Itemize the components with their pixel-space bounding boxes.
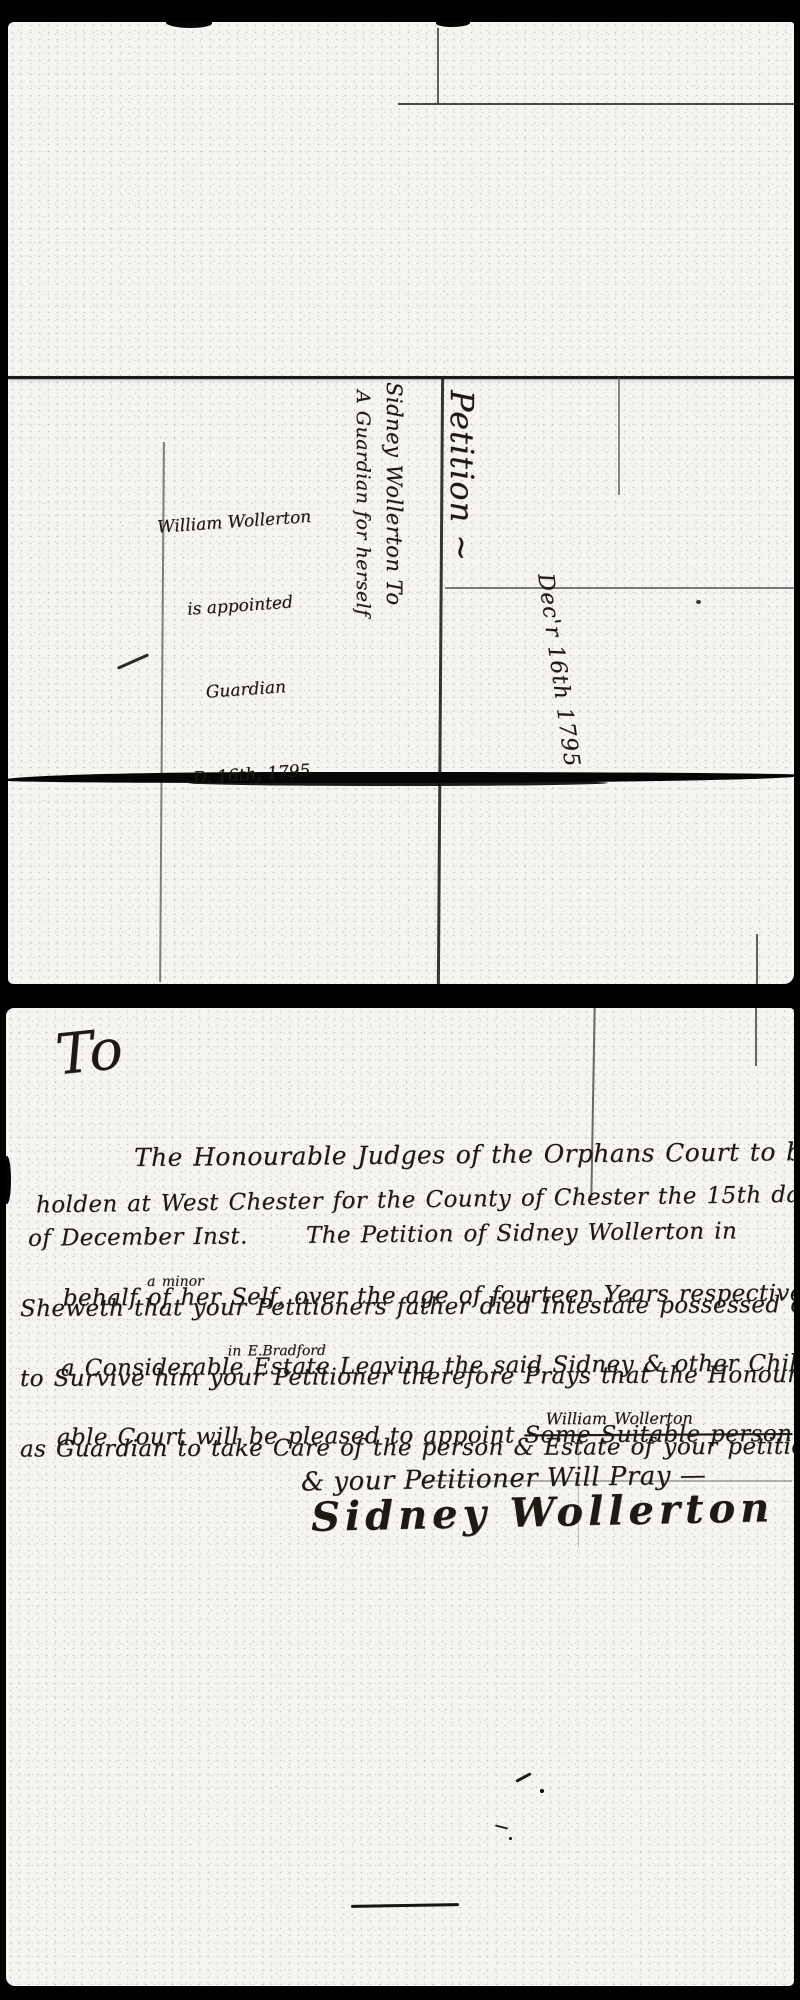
petition-line-9: as Guardian to take Care of the person &… bbox=[20, 1435, 794, 1462]
line-6-interlinear-note: in E.Bradford bbox=[228, 1344, 326, 1359]
docket-party-line-1: Sidney Wollerton To bbox=[383, 382, 405, 606]
annotation-line-date: D. 16th, 1795 bbox=[161, 754, 343, 795]
salutation: To bbox=[53, 1021, 125, 1086]
docket-party-line-2: A Guardian for herself bbox=[352, 390, 372, 617]
edge-blob-left bbox=[6, 1156, 11, 1204]
fold-crease-vertical-top bbox=[590, 1008, 595, 1198]
petition-line-2: holden at West Chester for the County of… bbox=[36, 1183, 794, 1218]
line-8-interlinear-name: William Wollerton bbox=[546, 1410, 693, 1428]
petition-line-7: to Survive him your Petitioner therefore… bbox=[20, 1363, 794, 1391]
fold-crease-horizontal-top bbox=[398, 103, 794, 105]
edge-tear-top-left bbox=[166, 22, 212, 28]
petitioner-signature: Sidney Wollerton bbox=[311, 1487, 775, 1539]
annotation-line-guardian-name: William Wollerton bbox=[143, 502, 325, 543]
edge-tear-top-center bbox=[436, 22, 470, 27]
fold-crease-horizontal-right bbox=[445, 587, 794, 589]
short-rule-bottom bbox=[351, 1903, 459, 1908]
fold-crease-vertical-right bbox=[618, 377, 620, 495]
line-4-interlinear-note: a minor bbox=[147, 1274, 204, 1289]
petition-line-5: Sheweth that your Petitioners father die… bbox=[20, 1293, 794, 1321]
ink-speck-2 bbox=[509, 1837, 512, 1840]
fold-crease-vertical-top-right bbox=[755, 1008, 757, 1066]
docket-title-petition: Petition ~ bbox=[444, 390, 478, 562]
docket-date-rotated: Dec'r 16th 1795 bbox=[533, 572, 583, 769]
pen-dash-mark bbox=[117, 653, 149, 670]
fold-shadow-streak bbox=[8, 772, 794, 783]
petition-line-1: The Honourable Judges of the Orphans Cou… bbox=[134, 1139, 794, 1171]
docket-annotation: William Wollerton is appointed Guardian … bbox=[140, 446, 347, 850]
ink-speck bbox=[696, 600, 701, 604]
petition-line-3: of December Inst. The Petition of Sidney… bbox=[28, 1219, 737, 1251]
ink-speck-1 bbox=[540, 1789, 544, 1793]
annotation-line-guardian: Guardian bbox=[155, 670, 337, 711]
petition-page: To The Honourable Judges of the Orphans … bbox=[6, 1008, 794, 1986]
pen-scribble-2 bbox=[495, 1824, 508, 1829]
docket-page: William Wollerton is appointed Guardian … bbox=[8, 22, 794, 984]
fold-crease-vertical-top bbox=[437, 28, 439, 104]
pen-scribble-1 bbox=[515, 1772, 531, 1783]
fold-crease-vertical-band bbox=[756, 934, 758, 984]
annotation-line-appointed: is appointed bbox=[149, 586, 331, 627]
fold-crease-horizontal-main bbox=[8, 376, 794, 379]
